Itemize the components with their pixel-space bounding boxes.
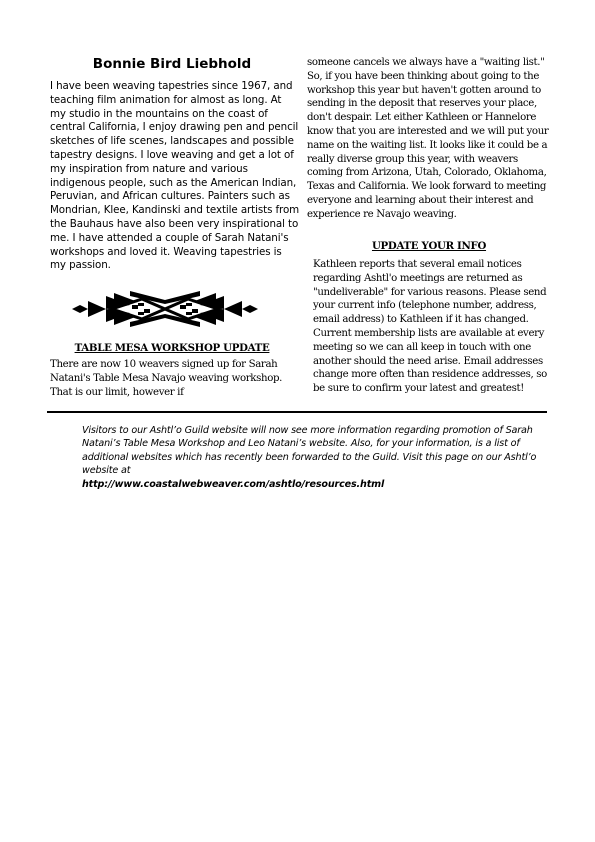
website-notice-text: Visitors to our Ashtl’o Guild website wi…	[82, 425, 536, 476]
navajo-diamond-motif-icon	[72, 290, 258, 328]
profile-section: Bonnie Bird Liebhold I have been weaving…	[44, 56, 300, 273]
update-info-heading: UPDATE YOUR INFO	[307, 239, 551, 253]
profile-bio: I have been weaving tapestries since 196…	[44, 80, 300, 273]
table-mesa-body-continued: someone cancels we always have a "waitin…	[307, 56, 551, 222]
profile-name-heading: Bonnie Bird Liebhold	[44, 56, 300, 72]
section-divider	[47, 411, 547, 413]
table-mesa-continued-section: someone cancels we always have a "waitin…	[307, 56, 551, 222]
resources-url-link[interactable]: http://www.coastalwebweaver.com/ashtlo/r…	[82, 479, 384, 490]
table-mesa-heading: TABLE MESA WORKSHOP UPDATE	[44, 341, 300, 355]
website-notice: Visitors to our Ashtl’o Guild website wi…	[82, 424, 552, 491]
update-info-body: Kathleen reports that several email noti…	[307, 258, 557, 396]
table-mesa-body-start: There are now 10 weavers signed up for S…	[44, 358, 306, 399]
